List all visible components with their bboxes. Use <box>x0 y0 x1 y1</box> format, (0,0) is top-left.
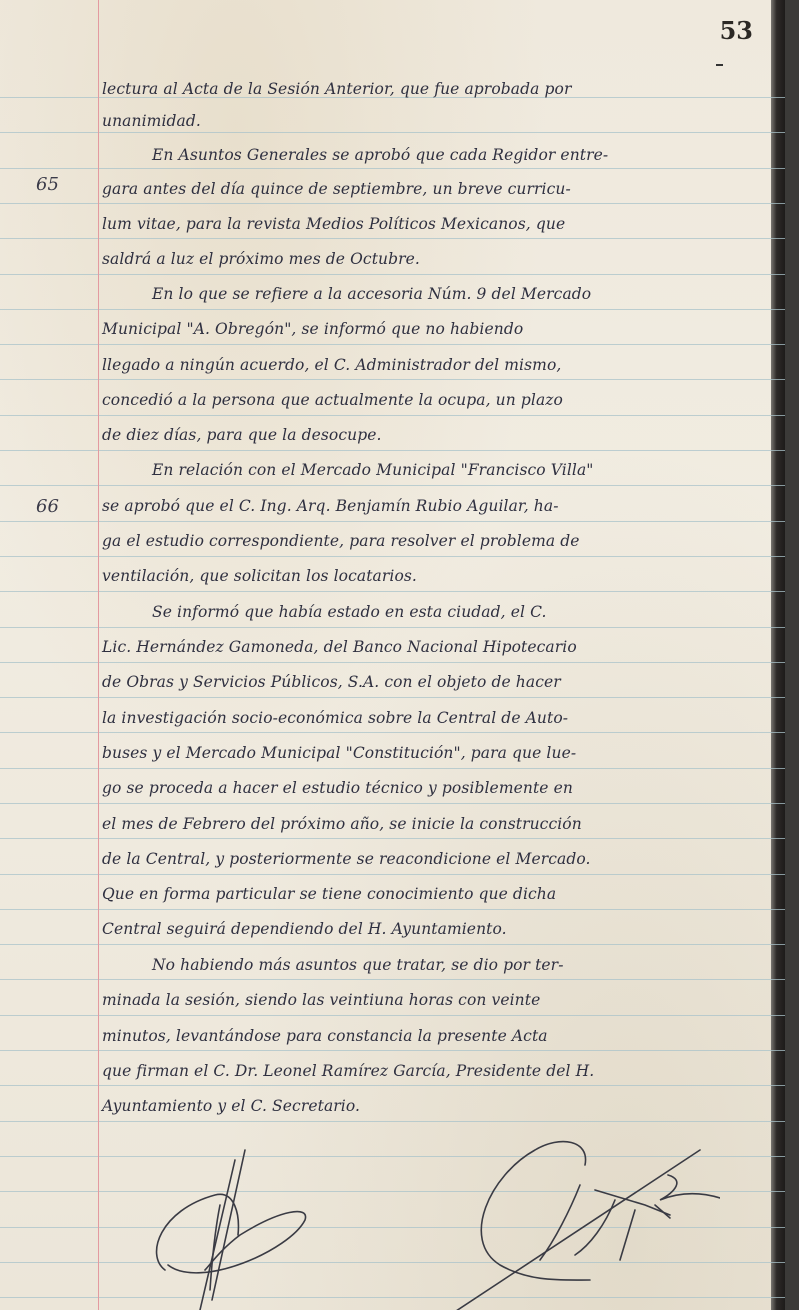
text-line: concedió a la persona que actualmente la… <box>102 391 782 409</box>
ruled-line <box>0 132 785 133</box>
margin-note-65: 65 <box>36 174 59 195</box>
page-number: 53 <box>720 16 753 45</box>
text-line: ventilación, que solicitan los locatario… <box>102 567 782 585</box>
ruled-line <box>0 379 785 380</box>
text-line: Central seguirá dependiendo del H. Ayunt… <box>102 920 782 938</box>
text-line: minutos, levantándose para constancia la… <box>102 1027 782 1045</box>
ruled-line <box>0 732 785 733</box>
ruled-line <box>0 344 785 345</box>
text-line: saldrá a luz el próximo mes de Octubre. <box>102 250 782 268</box>
ruled-line <box>0 1015 785 1016</box>
text-line: Que en forma particular se tiene conocim… <box>102 885 782 903</box>
signatures-area <box>0 1120 785 1310</box>
ink-mark <box>716 64 723 66</box>
text-line: que firman el C. Dr. Leonel Ramírez Garc… <box>102 1062 782 1080</box>
ruled-line <box>0 415 785 416</box>
ruled-line <box>0 979 785 980</box>
text-line: unanimidad. <box>102 112 782 130</box>
margin-note-66: 66 <box>36 496 59 517</box>
text-line: buses y el Mercado Municipal "Constituci… <box>102 744 782 762</box>
ruled-line <box>0 1085 785 1086</box>
ruled-line <box>0 485 785 486</box>
margin-line <box>98 0 99 1310</box>
ruled-line <box>0 591 785 592</box>
ruled-line <box>0 203 785 204</box>
text-line: minada la sesión, siendo las veintiuna h… <box>102 991 782 1009</box>
ruled-line <box>0 450 785 451</box>
ruled-line <box>0 521 785 522</box>
ruled-line <box>0 838 785 839</box>
ruled-line <box>0 874 785 875</box>
text-line: Lic. Hernández Gamoneda, del Banco Nacio… <box>102 638 782 656</box>
text-line: de la Central, y posteriormente se reaco… <box>102 850 782 868</box>
text-line: En Asuntos Generales se aprobó que cada … <box>152 146 785 164</box>
ruled-line <box>0 627 785 628</box>
ruled-line <box>0 662 785 663</box>
text-line: llegado a ningún acuerdo, el C. Administ… <box>102 356 782 374</box>
text-line: el mes de Febrero del próximo año, se in… <box>102 815 782 833</box>
ruled-line <box>0 944 785 945</box>
text-line: la investigación socio-económica sobre l… <box>102 709 782 727</box>
text-line: lum vitae, para la revista Medios Políti… <box>102 215 782 233</box>
ruled-line <box>0 697 785 698</box>
ruled-line <box>0 274 785 275</box>
text-line: go se proceda a hacer el estudio técnico… <box>102 779 782 797</box>
ruled-line <box>0 168 785 169</box>
text-line: Se informó que había estado en esta ciud… <box>152 603 785 621</box>
text-line: se aprobó que el C. Ing. Arq. Benjamín R… <box>102 497 782 515</box>
text-line: En relación con el Mercado Municipal "Fr… <box>152 461 785 479</box>
text-line: de diez días, para que la desocupe. <box>102 426 782 444</box>
text-line: lectura al Acta de la Sesión Anterior, q… <box>102 80 782 98</box>
signature-president-icon <box>140 1140 320 1310</box>
text-line: de Obras y Servicios Públicos, S.A. con … <box>102 673 782 691</box>
ruled-line <box>0 909 785 910</box>
text-line: No habiendo más asuntos que tratar, se d… <box>152 956 785 974</box>
text-line: gara antes del día quince de septiembre,… <box>102 180 782 198</box>
ruled-line <box>0 309 785 310</box>
ruled-line <box>0 1050 785 1051</box>
ruled-line <box>0 238 785 239</box>
ruled-line <box>0 556 785 557</box>
text-line: En lo que se refiere a la accesoria Núm.… <box>152 285 785 303</box>
text-line: Ayuntamiento y el C. Secretario. <box>102 1097 782 1115</box>
text-line: ga el estudio correspondiente, para reso… <box>102 532 782 550</box>
ruled-line <box>0 803 785 804</box>
signature-secretary-icon <box>440 1130 720 1310</box>
ledger-page: 53 65 66 lectura al Acta de la Sesión An… <box>0 0 785 1310</box>
text-line: Municipal "A. Obregón", se informó que n… <box>102 320 782 338</box>
ruled-line <box>0 768 785 769</box>
